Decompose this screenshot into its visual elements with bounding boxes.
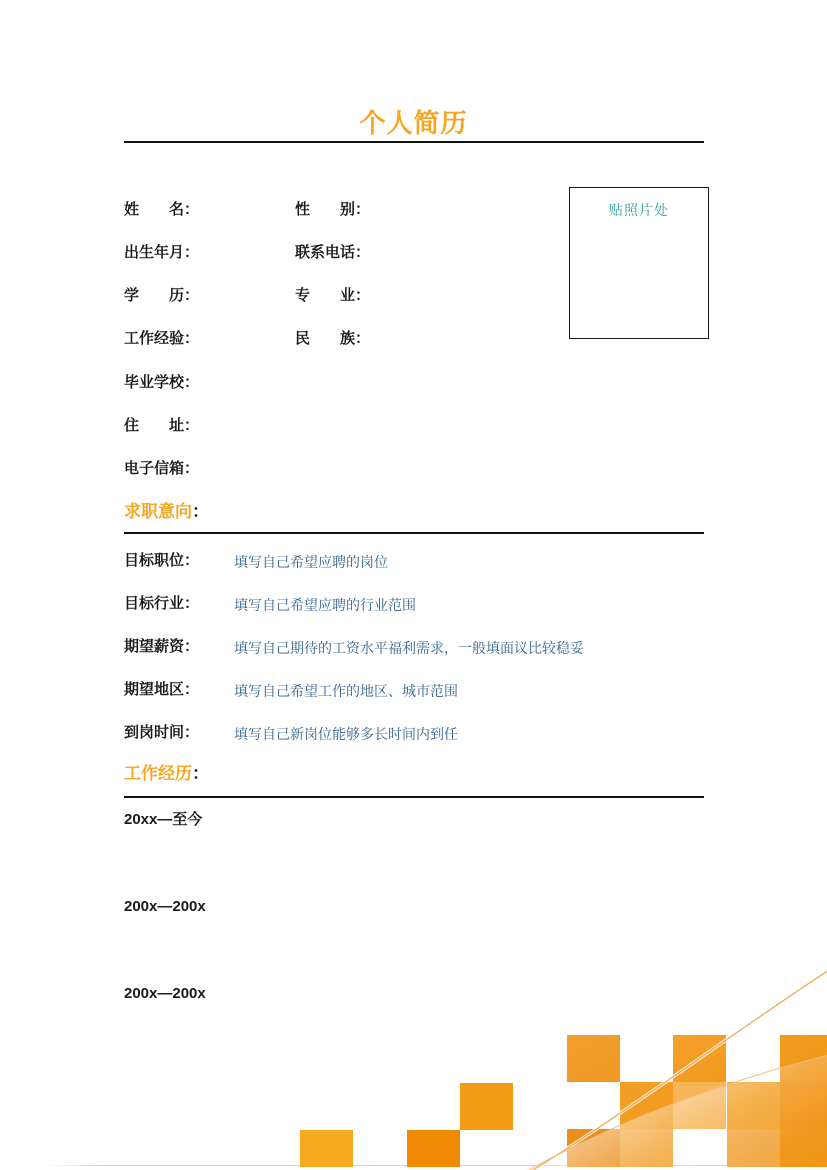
section-header-experience: 工作经历： (124, 762, 209, 786)
deco-square (300, 1130, 353, 1167)
target-position-value: 填写自己希望应聘的岗位 (234, 552, 388, 572)
profile-row-name-gender: 姓 名： 性 别： (124, 200, 199, 220)
objective-section-colon: ： (192, 502, 209, 521)
deco-square (673, 1082, 726, 1129)
birthdate-field-label: 出生年月： (124, 244, 199, 261)
experience-period-3: 200x—200x (124, 984, 206, 1004)
page-edge-line (45, 1165, 827, 1166)
ethnicity-field-label: 民 族： (295, 329, 370, 349)
expected-region-label: 期望地区： (124, 681, 199, 698)
expected-salary-label: 期望薪资： (124, 638, 199, 655)
page-title: 个人简历 (0, 103, 827, 140)
objective-section-divider (124, 532, 704, 534)
resume-page: 个人简历 姓 名： 性 别： 出生年月： 联系电话： 学 历： 专 业： 工作经… (0, 0, 827, 1170)
phone-field-label: 联系电话： (295, 243, 370, 263)
start-time-label: 到岗时间： (124, 724, 199, 741)
photo-placeholder-label: 贴照片处 (570, 188, 708, 220)
deco-glow (525, 1055, 827, 1170)
profile-row-school: 毕业学校： (124, 373, 199, 393)
work-experience-field-label: 工作经验： (124, 330, 199, 347)
start-time-value: 填写自己新岗位能够多长时间内到任 (234, 724, 458, 744)
checkerboard-decoration (280, 960, 827, 1170)
gender-field-label: 性 别： (295, 200, 370, 220)
deco-square (407, 1130, 460, 1167)
profile-row-education-major: 学 历： 专 业： (124, 286, 199, 306)
profile-row-address: 住 址： (124, 416, 199, 436)
objective-row-start-time: 到岗时间： 填写自己新岗位能够多长时间内到任 (124, 723, 199, 743)
email-field-label: 电子信箱： (124, 460, 199, 477)
name-field-label: 姓 名： (124, 201, 199, 218)
experience-section-title: 工作经历 (124, 764, 192, 783)
experience-period-2: 200x—200x (124, 897, 206, 917)
deco-square (567, 1035, 620, 1082)
experience-period-1: 20xx—至今 (124, 810, 202, 830)
deco-square (780, 1129, 827, 1167)
deco-square (460, 1083, 513, 1130)
arc-highlight (530, 970, 827, 1170)
experience-section-divider (124, 796, 704, 798)
objective-section-title: 求职意向 (124, 502, 192, 521)
arc-line-lower (525, 1055, 827, 1170)
expected-region-value: 填写自己希望工作的地区、城市范围 (234, 681, 458, 701)
deco-square (780, 1082, 827, 1129)
profile-row-experience-ethnicity: 工作经验： 民 族： (124, 329, 199, 349)
deco-square (620, 1082, 673, 1129)
arc-line-upper (530, 970, 827, 1170)
photo-placeholder-box: 贴照片处 (569, 187, 709, 339)
deco-square (727, 1129, 780, 1167)
profile-row-email: 电子信箱： (124, 459, 199, 479)
title-underline (124, 141, 704, 143)
expected-salary-value: 填写自己期待的工资水平福利需求，一般填面议比较稳妥 (234, 638, 584, 658)
target-position-label: 目标职位： (124, 552, 199, 569)
objective-row-target-position: 目标职位： 填写自己希望应聘的岗位 (124, 551, 199, 571)
profile-row-birth-phone: 出生年月： 联系电话： (124, 243, 199, 263)
major-field-label: 专 业： (295, 286, 370, 306)
deco-square (673, 1035, 726, 1082)
deco-square (620, 1129, 673, 1167)
deco-square (780, 1035, 827, 1082)
deco-sheen (567, 1035, 827, 1167)
school-field-label: 毕业学校： (124, 374, 199, 391)
target-industry-label: 目标行业： (124, 595, 199, 612)
target-industry-value: 填写自己希望应聘的行业范围 (234, 595, 416, 615)
objective-row-expected-salary: 期望薪资： 填写自己期待的工资水平福利需求，一般填面议比较稳妥 (124, 637, 199, 657)
experience-section-colon: ： (192, 764, 209, 783)
deco-square (567, 1129, 620, 1167)
deco-square (727, 1082, 780, 1129)
address-field-label: 住 址： (124, 417, 199, 434)
objective-row-target-industry: 目标行业： 填写自己希望应聘的行业范围 (124, 594, 199, 614)
education-field-label: 学 历： (124, 287, 199, 304)
objective-row-expected-region: 期望地区： 填写自己希望工作的地区、城市范围 (124, 680, 199, 700)
section-header-objective: 求职意向： (124, 500, 209, 524)
